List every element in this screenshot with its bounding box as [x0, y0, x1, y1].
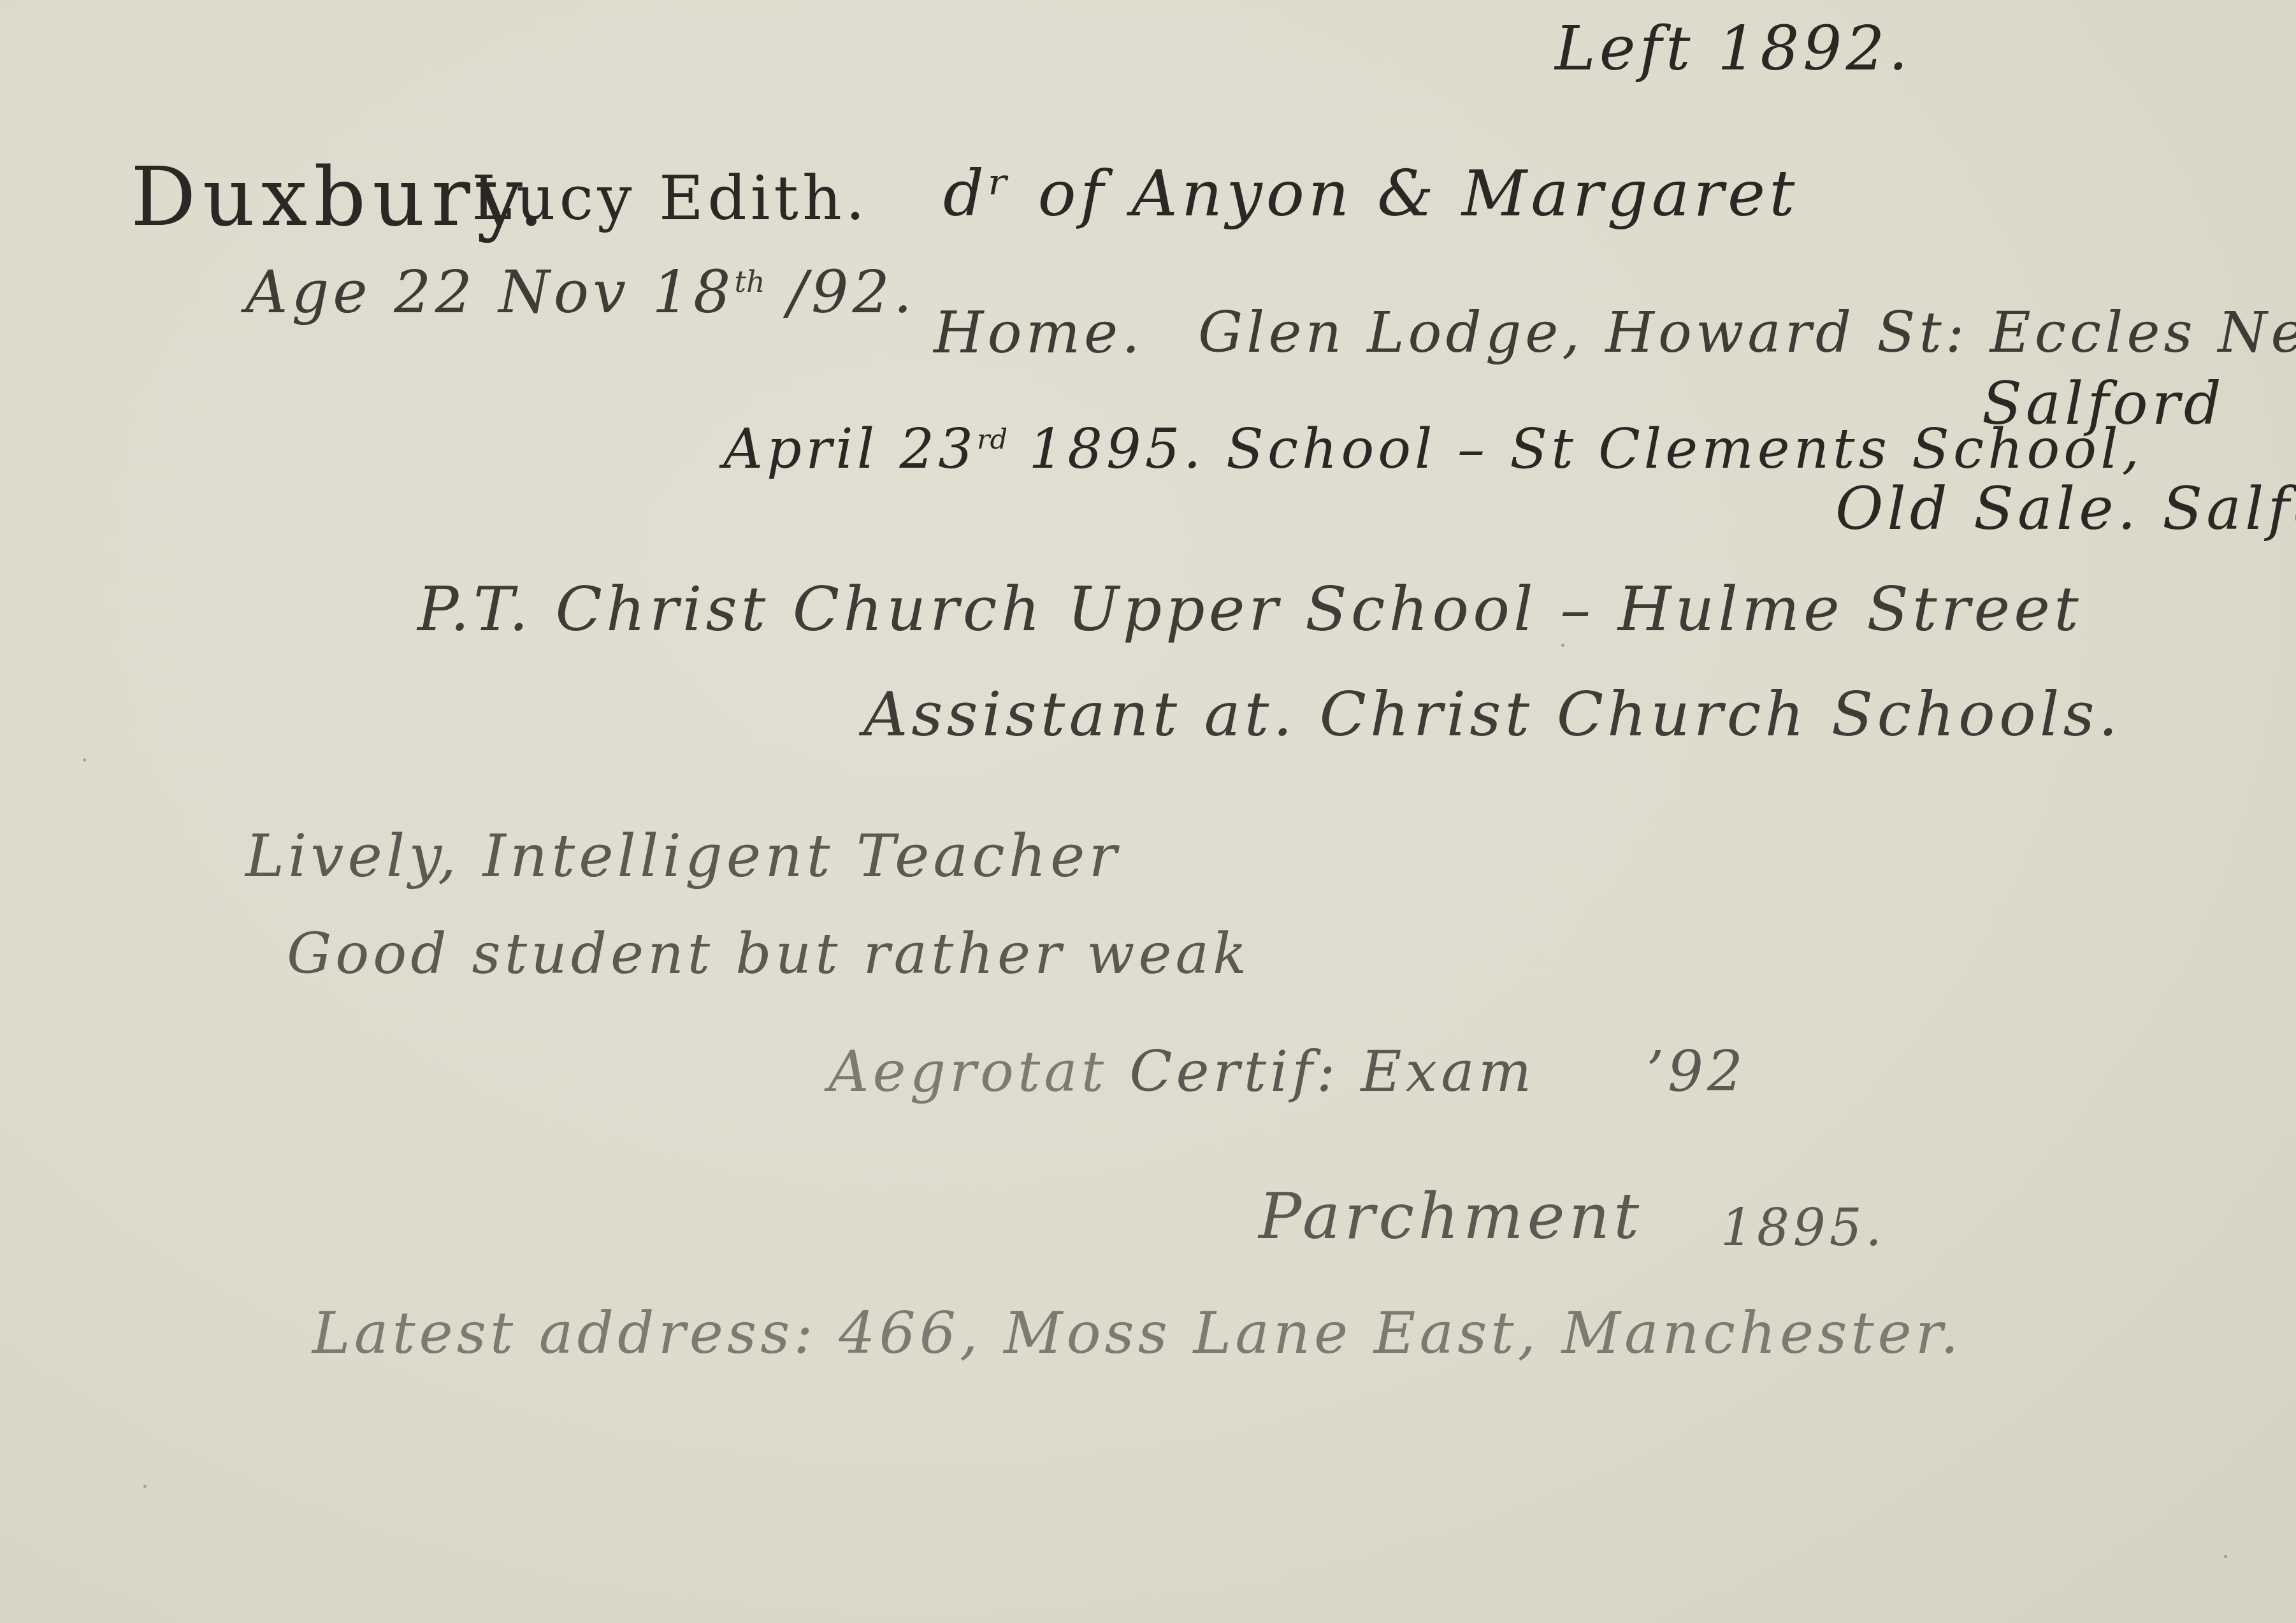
home-label: Home. — [934, 299, 1144, 366]
school-address: Old Sale. Salford — [1835, 475, 2296, 543]
paper-speck — [2224, 1555, 2227, 1558]
parchment-year: 1895. — [1721, 1198, 1886, 1257]
pupil-teacher-line: P.T. Christ Church Upper School – Hulme … — [417, 573, 2083, 645]
paper-speck — [143, 1485, 147, 1488]
exam-year: ’92 — [1646, 1039, 1747, 1104]
home-address: Glen Lodge, Howard St: Eccles New Rd: — [1198, 299, 2296, 365]
latest-address: Latest address: 466, Moss Lane East, Man… — [312, 1300, 1963, 1367]
paper-speck — [1561, 644, 1564, 647]
aegrotat-note: Aegrotat — [828, 1039, 1108, 1104]
birth-date: Nov 18th — [498, 258, 765, 326]
age: Age 22 — [245, 258, 476, 326]
school-name: St Clements School, — [1510, 417, 2143, 481]
remark-2: Good student but rather weak — [287, 921, 1250, 986]
paper-speck — [83, 758, 86, 761]
age-line: Age 22 Nov 18th /92. — [245, 258, 916, 326]
exam-label: Certif: Exam — [1129, 1039, 1535, 1104]
remark-1: Lively, Intelligent Teacher — [245, 822, 1120, 890]
given-names: Lucy Edith. — [472, 162, 869, 234]
school-start-date: April 23rd — [723, 417, 1007, 481]
parents: dʳ of Anyon & Margaret — [943, 156, 1798, 231]
exam-line: Aegrotat Certif: Exam ’92 — [828, 1039, 1747, 1104]
parchment-label: Parchment — [1259, 1179, 1643, 1253]
birth-year: /92. — [788, 258, 916, 326]
register-page: Left 1892. Duxbury. Lucy Edith. Age 22 N… — [0, 0, 2296, 1623]
school-line: April 23rd 1895. School – St Clements Sc… — [723, 417, 2143, 481]
left-year-note: Left 1892. — [1555, 13, 1912, 84]
school-year-label: 1895. School – — [1029, 417, 1488, 481]
assistant-line: Assistant at. Christ Church Schools. — [863, 679, 2121, 750]
